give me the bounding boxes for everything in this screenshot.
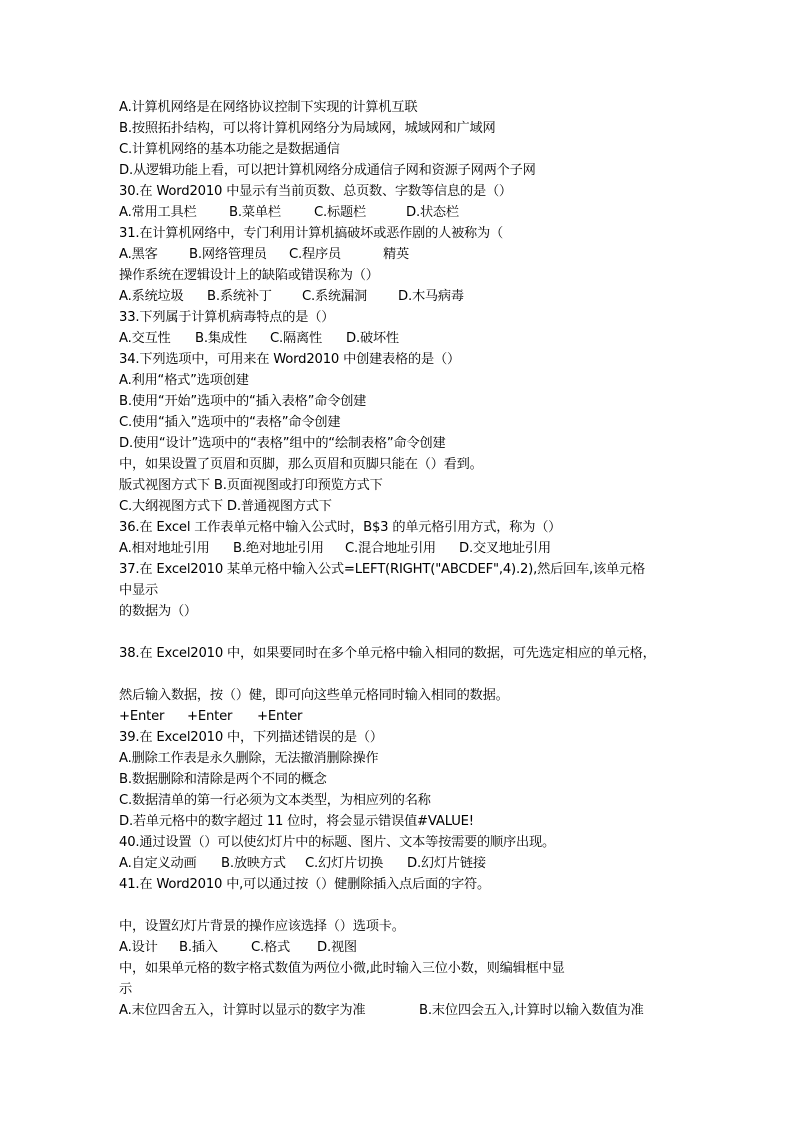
text-line: 31.在计算机网络中，专门利用计算机搞破坏或恶作剧的人被称为（ bbox=[119, 223, 699, 244]
text-line: 中，如果设置了页眉和页脚，那么页眉和页脚只能在（）看到。 bbox=[119, 454, 699, 475]
text-line: C.计算机网络的基本功能之是数据通信 bbox=[119, 139, 699, 160]
text-line: 版式视图方式下 B.页面视图或打印预览方式下 bbox=[119, 475, 699, 496]
blank-line bbox=[119, 895, 699, 916]
text-line: 37.在 Excel2010 某单元格中输入公式=LEFT(RIGHT("ABC… bbox=[119, 559, 699, 580]
answer-option: B.菜单栏 bbox=[229, 202, 314, 223]
answer-options-line: A.自定义动画B.放映方式C.幻灯片切换D.幻灯片链接 bbox=[119, 853, 699, 874]
answer-option: A.常用工具栏 bbox=[119, 202, 229, 223]
answer-option: A.相对地址引用 bbox=[119, 538, 233, 559]
text-line: B.按照拓扑结构，可以将计算机网络分为局域网，城域网和广域网 bbox=[119, 118, 699, 139]
answer-option: D.视图 bbox=[317, 937, 377, 958]
text-line: 36.在 Excel 工作表单元格中输入公式时，B$3 的单元格引用方式，称为（… bbox=[119, 517, 699, 538]
answer-option: D.木马病毒 bbox=[398, 286, 488, 307]
answer-option: D.破坏性 bbox=[346, 328, 426, 349]
text-line: D.使用“设计”选项中的“表格”组中的“绘制表格”命令创建 bbox=[119, 433, 699, 454]
text-line: 30.在 Word2010 中显示有当前页数、总页数、字数等信息的是（） bbox=[119, 181, 699, 202]
text-line: C.使用“插入”选项中的“表格”命令创建 bbox=[119, 412, 699, 433]
answer-options-line: A.交互性B.集成性C.隔离性D.破坏性 bbox=[119, 328, 699, 349]
answer-option: A.交互性 bbox=[119, 328, 195, 349]
answer-option: B.集成性 bbox=[195, 328, 270, 349]
answer-option: A.黑客 bbox=[119, 244, 189, 265]
answer-options-line: +Enter+Enter+Enter bbox=[119, 706, 699, 727]
answer-option: D.幻灯片链接 bbox=[407, 853, 507, 874]
answer-options-line: A.设计B.插入C.格式D.视图 bbox=[119, 937, 699, 958]
text-line: D.从逻辑功能上看，可以把计算机网络分成通信子网和资源子网两个子网 bbox=[119, 160, 699, 181]
answer-option: B.插入 bbox=[179, 937, 251, 958]
text-line: 39.在 Excel2010 中，下列描述错误的是（） bbox=[119, 727, 699, 748]
answer-option: B.网络管理员 bbox=[189, 244, 289, 265]
answer-option: C.标题栏 bbox=[314, 202, 406, 223]
answer-option: C.混合地址引用 bbox=[345, 538, 459, 559]
text-line: 操作系统在逻辑设计上的缺陷或错误称为（） bbox=[119, 265, 699, 286]
answer-option: D.交叉地址引用 bbox=[459, 538, 569, 559]
text-line: 33.下列属于计算机病毒特点的是（） bbox=[119, 307, 699, 328]
answer-option: A.末位四舍五入，计算时以显示的数字为准 bbox=[119, 1000, 419, 1021]
text-line: C.大纲视图方式下 D.普通视图方式下 bbox=[119, 496, 699, 517]
text-line: 41.在 Word2010 中,可以通过按（）健删除插入点后面的字符。 bbox=[119, 874, 699, 895]
text-line: 34.下列选项中，可用来在 Word2010 中创建表格的是（） bbox=[119, 349, 699, 370]
text-line: 示 bbox=[119, 979, 699, 1000]
document-page: A.计算机网络是在网络协议控制下实现的计算机互联B.按照拓扑结构，可以将计算机网… bbox=[119, 97, 699, 1021]
text-line: C.数据清单的第一行必须为文本类型，为相应列的名称 bbox=[119, 790, 699, 811]
answer-option: A.自定义动画 bbox=[119, 853, 221, 874]
answer-option: C.幻灯片切换 bbox=[305, 853, 407, 874]
answer-option: A.系统垃圾 bbox=[119, 286, 207, 307]
answer-option: C.系统漏洞 bbox=[302, 286, 398, 307]
text-line: 的数据为（） bbox=[119, 601, 699, 622]
text-line: A.计算机网络是在网络协议控制下实现的计算机互联 bbox=[119, 97, 699, 118]
text-line: A.删除工作表是永久删除，无法撤消删除操作 bbox=[119, 748, 699, 769]
answer-option: C.隔离性 bbox=[270, 328, 346, 349]
answer-option: +Enter bbox=[257, 706, 327, 727]
text-line: D.若单元格中的数字超过 11 位时，将会显示错误值#VALUE! bbox=[119, 811, 699, 832]
answer-option: C.程序员 bbox=[289, 244, 383, 265]
text-line: 中，设置幻灯片背景的操作应该选择（）选项卡。 bbox=[119, 916, 699, 937]
answer-option: B.末位四会五入,计算时以输入数值为准 bbox=[419, 1000, 679, 1021]
blank-line bbox=[119, 622, 699, 643]
answer-options-line: A.相对地址引用B.绝对地址引用C.混合地址引用D.交叉地址引用 bbox=[119, 538, 699, 559]
answer-option: 精英 bbox=[383, 244, 443, 265]
answer-option: B.系统补丁 bbox=[207, 286, 302, 307]
text-line: B.数据删除和清除是两个不同的概念 bbox=[119, 769, 699, 790]
text-line: 中显示 bbox=[119, 580, 699, 601]
text-line: 38.在 Excel2010 中，如果要同时在多个单元格中输入相同的数据，可先选… bbox=[119, 643, 699, 664]
answer-options-line: A.常用工具栏B.菜单栏C.标题栏D.状态栏 bbox=[119, 202, 699, 223]
text-line: 然后输入数据，按（）健，即可向这些单元格同时输入相同的数据。 bbox=[119, 685, 699, 706]
answer-option: +Enter bbox=[119, 706, 187, 727]
answer-options-line: A.末位四舍五入，计算时以显示的数字为准B.末位四会五入,计算时以输入数值为准 bbox=[119, 1000, 699, 1021]
text-line: B.使用“开始”选项中的“插入表格”命令创建 bbox=[119, 391, 699, 412]
answer-option: D.状态栏 bbox=[406, 202, 486, 223]
answer-option: B.放映方式 bbox=[221, 853, 305, 874]
answer-option: B.绝对地址引用 bbox=[233, 538, 345, 559]
answer-options-line: A.系统垃圾B.系统补丁C.系统漏洞D.木马病毒 bbox=[119, 286, 699, 307]
answer-option: C.格式 bbox=[251, 937, 317, 958]
answer-option: A.设计 bbox=[119, 937, 179, 958]
text-line: 40.通过设置（）可以使幻灯片中的标题、图片、文本等按需要的顺序出现。 bbox=[119, 832, 699, 853]
answer-option: +Enter bbox=[187, 706, 257, 727]
blank-line bbox=[119, 664, 699, 685]
text-line: A.利用“格式”选项创建 bbox=[119, 370, 699, 391]
text-line: 中，如果单元格的数字格式数值为两位小微,此时输入三位小数，则编辑框中显 bbox=[119, 958, 699, 979]
answer-options-line: A.黑客B.网络管理员C.程序员精英 bbox=[119, 244, 699, 265]
